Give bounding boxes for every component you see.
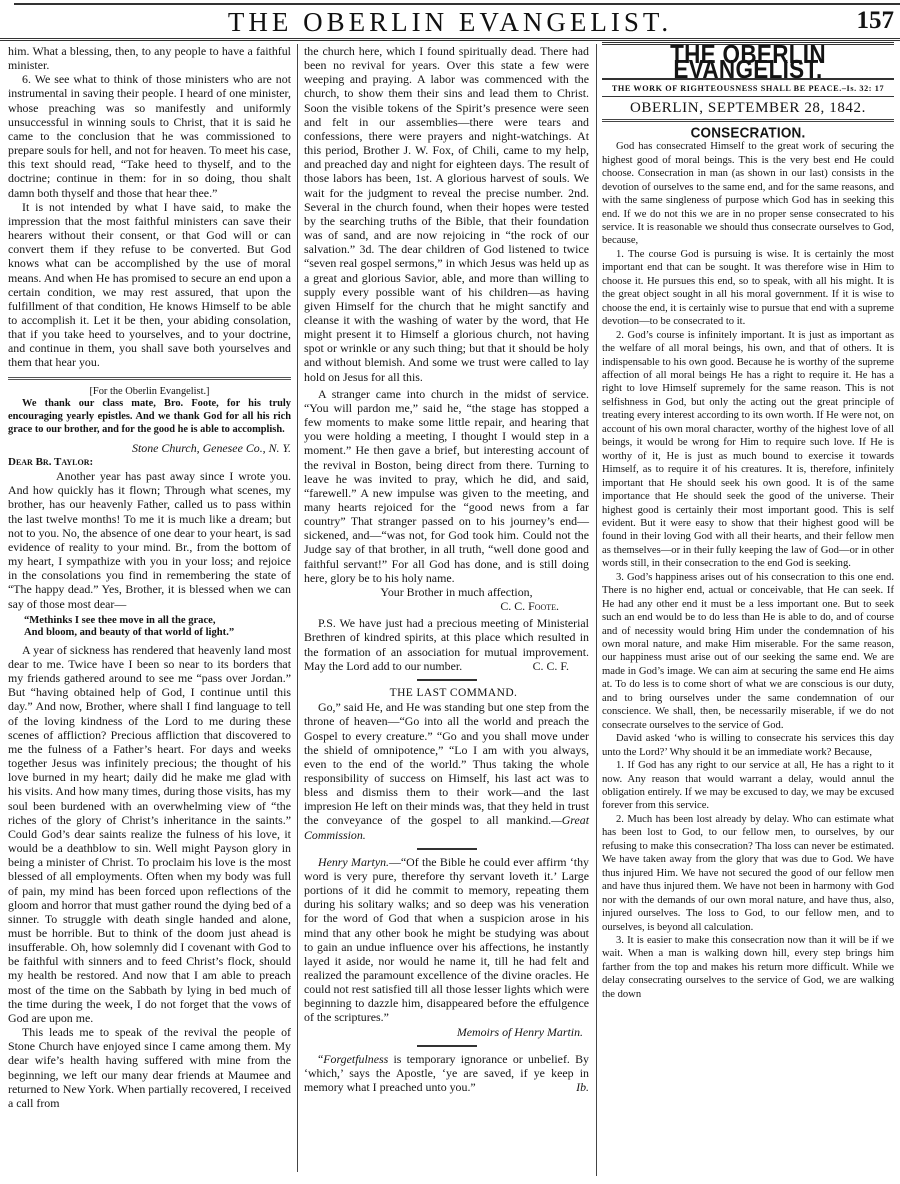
source-text: Memoirs of Henry Martin. bbox=[457, 1025, 583, 1039]
column-right: THE OBERLIN EVANGELIST. THE WORK OF RIGH… bbox=[602, 44, 894, 1001]
paragraph: God has consecrated Himself to the great… bbox=[602, 140, 894, 248]
dateline-rule bbox=[602, 119, 894, 122]
body-text: Go,” said He, and He was standing but on… bbox=[304, 700, 589, 827]
paragraph: 2. Much has been lost already by delay. … bbox=[602, 813, 894, 934]
verse-line: “Methinks I see thee move in all the gra… bbox=[8, 615, 291, 628]
paragraph: him. What a blessing, then, to any peopl… bbox=[8, 44, 291, 72]
column-left: him. What a blessing, then, to any peopl… bbox=[8, 44, 291, 1110]
dateline: OBERLIN, SEPTEMBER 28, 1842. bbox=[602, 102, 894, 115]
body-text: —“Of the Bible he could ever affirm ‘thy… bbox=[304, 855, 589, 1025]
paragraph: 3. God’s happiness arises out of his con… bbox=[602, 571, 894, 732]
subject-name: Henry Martyn. bbox=[318, 855, 389, 869]
paragraph: Henry Martyn.—“Of the Bible he could eve… bbox=[304, 855, 589, 1025]
masthead: THE OBERLIN EVANGELIST. bbox=[602, 47, 894, 78]
paragraph: Go,” said He, and He was standing but on… bbox=[304, 700, 589, 842]
paragraph: A year of sickness has rendered that hea… bbox=[8, 643, 291, 1025]
verse-line: And bloom, and beauty of that world of l… bbox=[8, 627, 291, 640]
editor-note: We thank our class mate, Bro. Foote, for… bbox=[8, 398, 291, 436]
paragraph: Another year has past away since I wrote… bbox=[8, 469, 291, 611]
letter-place: Stone Church, Genesee Co., N. Y. bbox=[8, 441, 291, 455]
paragraph: 1. If God has any right to our service a… bbox=[602, 759, 894, 813]
column-middle: the church here, which I found spiritual… bbox=[304, 44, 589, 1094]
article-title: THE LAST COMMAND. bbox=[304, 686, 589, 700]
paragraph: This leads me to speak of the revival th… bbox=[8, 1025, 291, 1110]
place-text: Stone Church, Genesee Co., N. Y. bbox=[132, 441, 291, 455]
paragraph: 6. We see what to think of those ministe… bbox=[8, 72, 291, 199]
source-text: Ib. bbox=[576, 1080, 589, 1094]
column-divider bbox=[297, 44, 298, 1172]
signature: C. C. Foote. bbox=[304, 599, 589, 613]
paragraph: 2. God’s course is infinitely important.… bbox=[602, 329, 894, 571]
paragraph: A stranger came into church in the midst… bbox=[304, 387, 589, 585]
article-separator bbox=[8, 377, 291, 380]
paragraph: the church here, which I found spiritual… bbox=[304, 44, 589, 384]
paragraph: 3. It is easier to make this consecratio… bbox=[602, 934, 894, 1001]
short-rule bbox=[417, 679, 477, 681]
running-title: THE OBERLIN EVANGELIST. bbox=[0, 7, 900, 38]
salutation: Dear Br. Taylor: bbox=[8, 455, 291, 469]
column-divider bbox=[596, 44, 597, 1176]
paragraph: It is not intended by what I have said, … bbox=[8, 200, 291, 370]
section-title: CONSECRATION. bbox=[602, 125, 894, 140]
letter-source: [For the Oberlin Evangelist.] bbox=[8, 386, 291, 399]
paragraph: David asked ‘who is willing to consecrat… bbox=[602, 732, 894, 759]
source-attribution: Memoirs of Henry Martin. bbox=[304, 1025, 589, 1039]
running-head: THE OBERLIN EVANGELIST. 157 bbox=[0, 4, 900, 38]
letter-closing: Your Brother in much affection, bbox=[304, 585, 589, 599]
short-rule bbox=[417, 1045, 477, 1047]
page-number: 157 bbox=[857, 7, 895, 35]
short-rule bbox=[417, 848, 477, 850]
emphasis: Forgetfulness bbox=[323, 1052, 388, 1066]
paragraph: 1. The course God is pursuing is wise. I… bbox=[602, 248, 894, 329]
